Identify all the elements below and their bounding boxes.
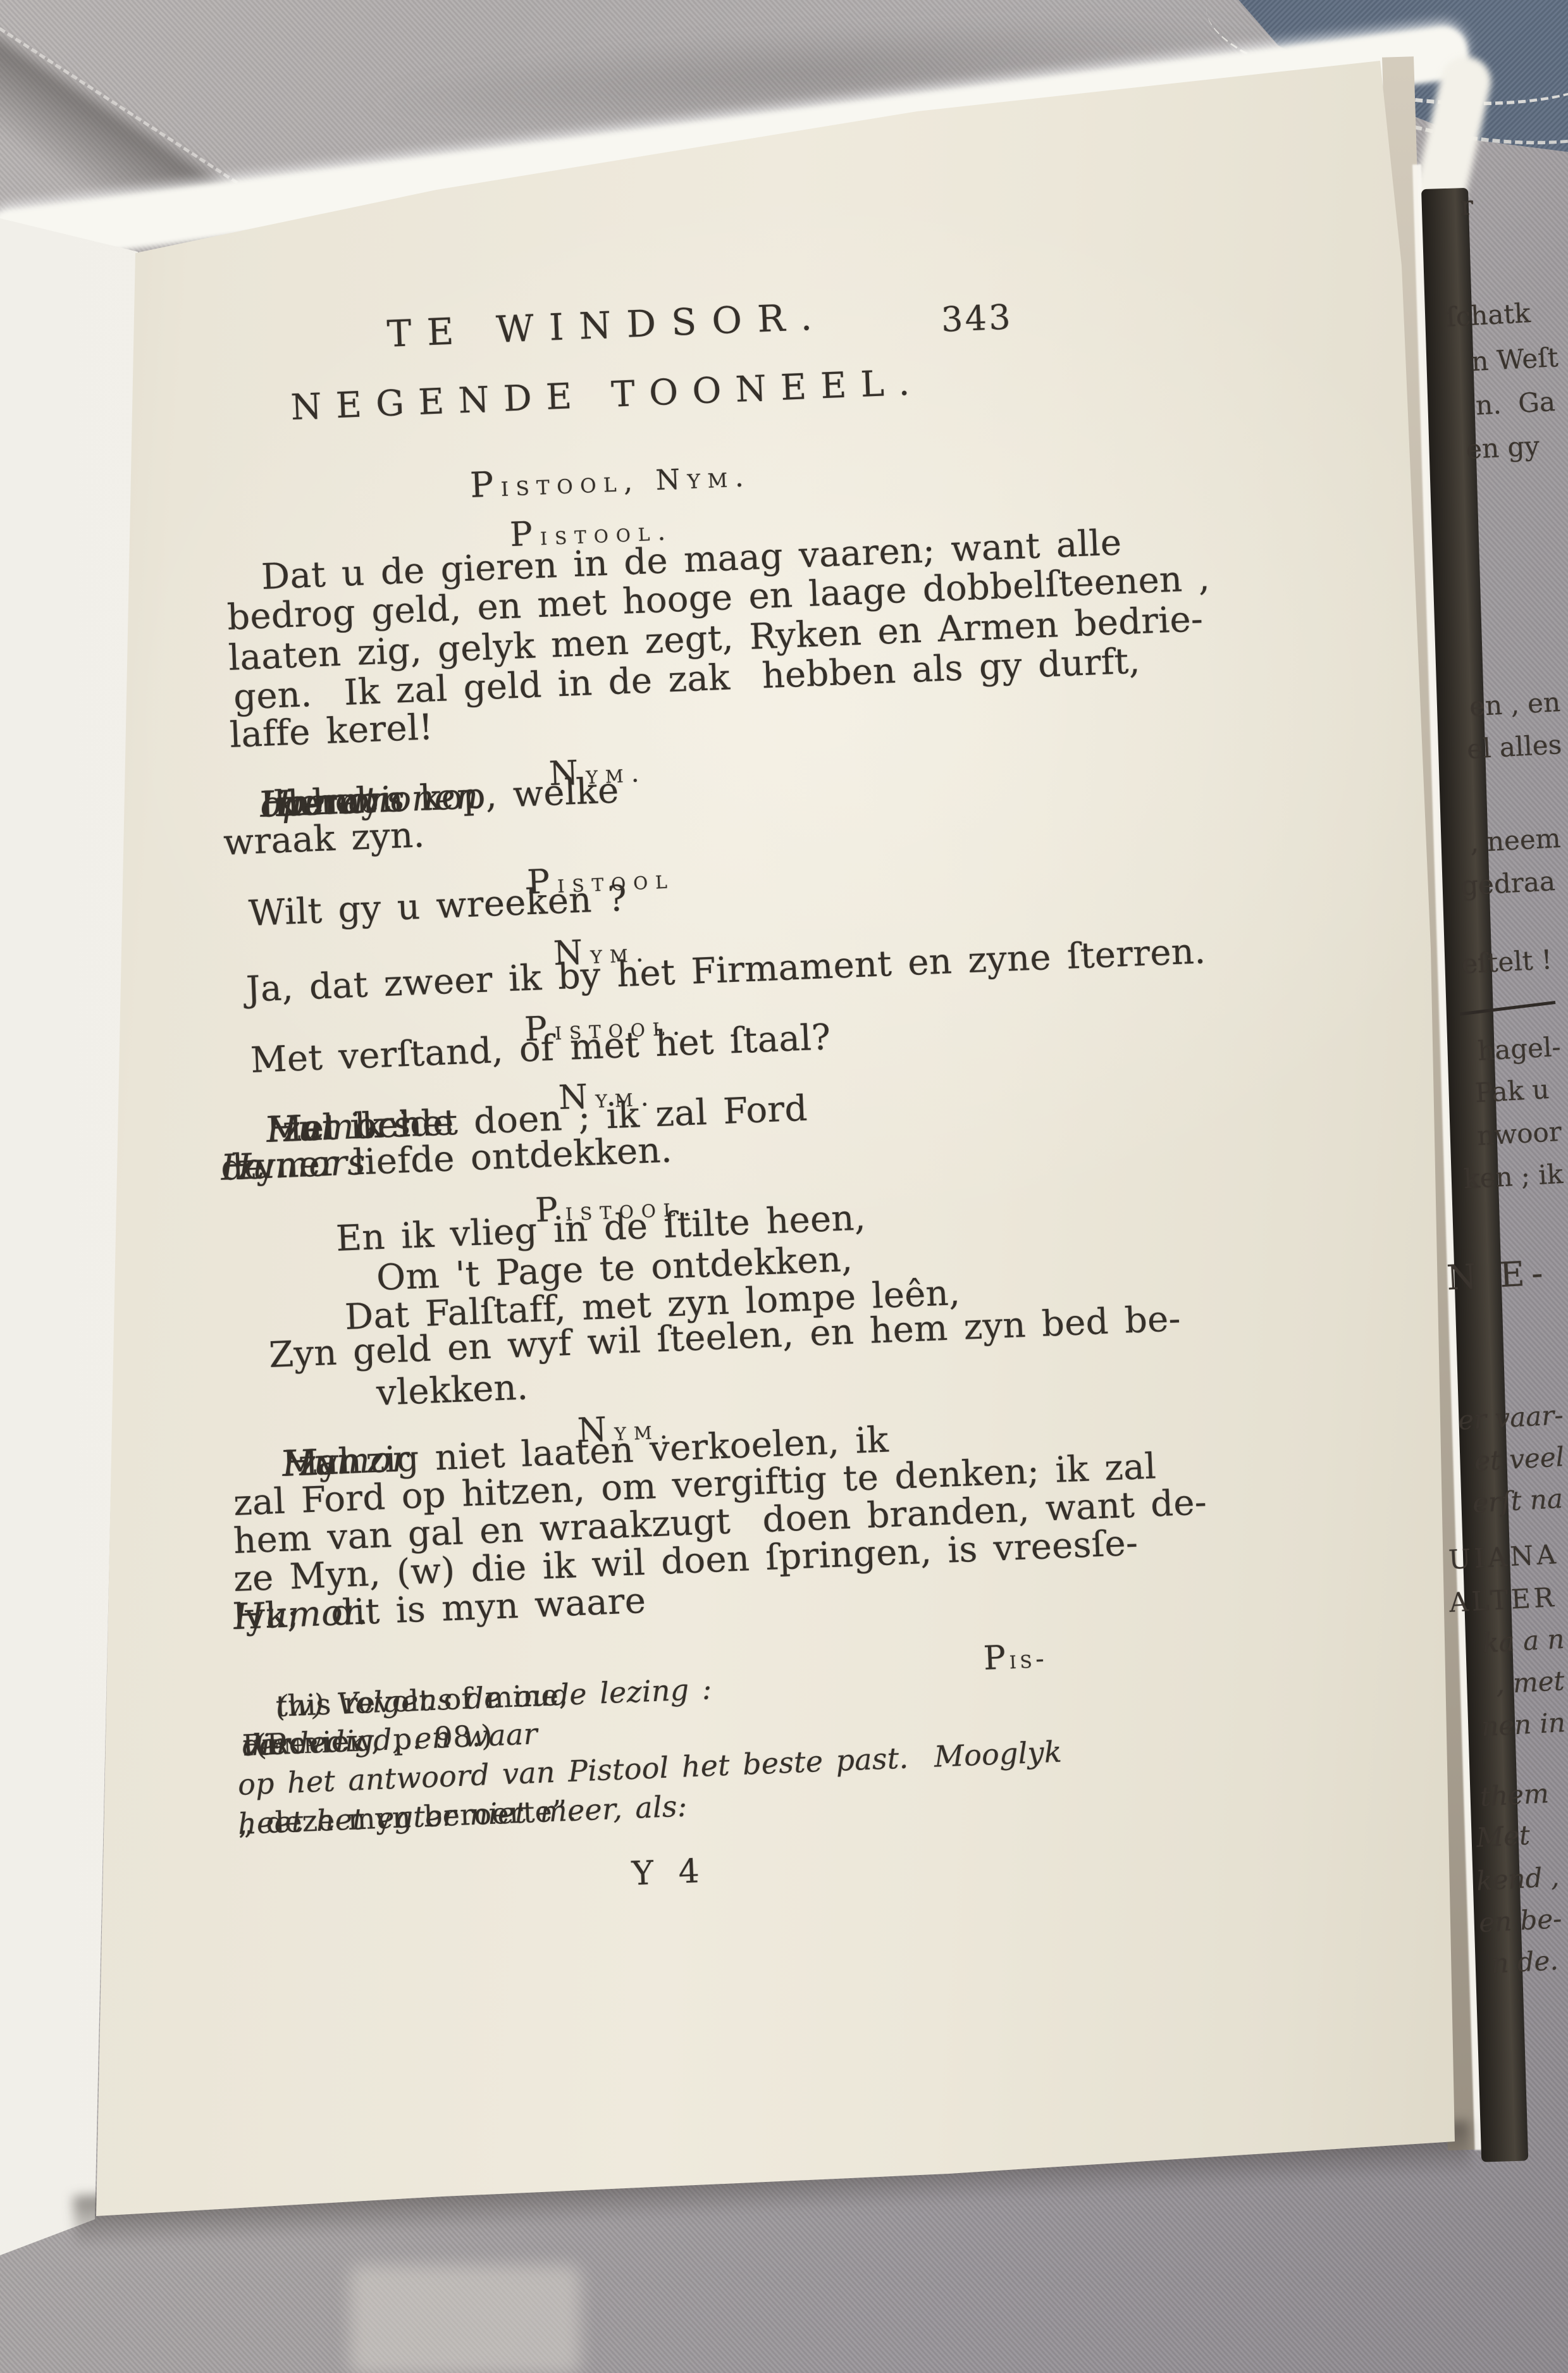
text-segment: laffe kerel! (229, 707, 434, 756)
left-page-fragment: nen in (1481, 1707, 1566, 1742)
catchword: Pis- (983, 1637, 1048, 1678)
left-page-fragment: kend , (1476, 1861, 1560, 1897)
left-page-fragment: n Weſt (1470, 342, 1559, 377)
left-page-fragment: N E- (1446, 1253, 1550, 1298)
left-page-fragment: en gy (1466, 430, 1540, 465)
left-page-fragment: et veel (1474, 1441, 1565, 1477)
left-page-fragment: nwoor (1476, 1116, 1562, 1151)
left-page-fragment: en , en (1469, 686, 1561, 722)
left-page-fragment: ALTER (1448, 1582, 1558, 1618)
left-page-fragment: , neem (1469, 822, 1562, 858)
left-page-fragment: them (1479, 1778, 1550, 1812)
text-segment: vlekken. (376, 1366, 529, 1414)
left-page-fragment: el alles (1466, 729, 1562, 765)
left-page-fragment: ſchatk (1445, 297, 1531, 333)
left-page-fragment: hagel- (1476, 1031, 1561, 1067)
left-page-fragment: n de. (1490, 1945, 1559, 1979)
left-page-fragment: r (1460, 190, 1474, 221)
fabric-highlight (350, 2265, 581, 2373)
left-page-fragment: Met (1476, 1819, 1531, 1853)
left-page-fragment: , met (1495, 1665, 1565, 1700)
left-page-fragment: erſt na (1472, 1483, 1564, 1518)
left-page-fragment: ka a n (1482, 1623, 1565, 1659)
book-photo: r ſchatk n Weſt n. Ga en gy en , en el a… (0, 0, 1568, 2373)
text-segment: Humor. (233, 1591, 368, 1637)
left-page-fragment: eſtelt ! (1461, 944, 1553, 979)
left-page-fragment: er vaar- (1457, 1399, 1564, 1436)
left-page-fragment: ken ; ik (1463, 1158, 1564, 1194)
left-page-fragment: UIANA (1448, 1539, 1560, 1575)
left-page-fragment: en be- (1478, 1903, 1563, 1938)
left-page-fragment: gedraa (1460, 865, 1556, 901)
left-page-fragment: Pak u (1474, 1074, 1550, 1108)
page-number: 343 (941, 297, 1013, 339)
left-page-fragment: n. Ga (1475, 386, 1556, 421)
text-segment: wraak zyn. (223, 814, 426, 864)
